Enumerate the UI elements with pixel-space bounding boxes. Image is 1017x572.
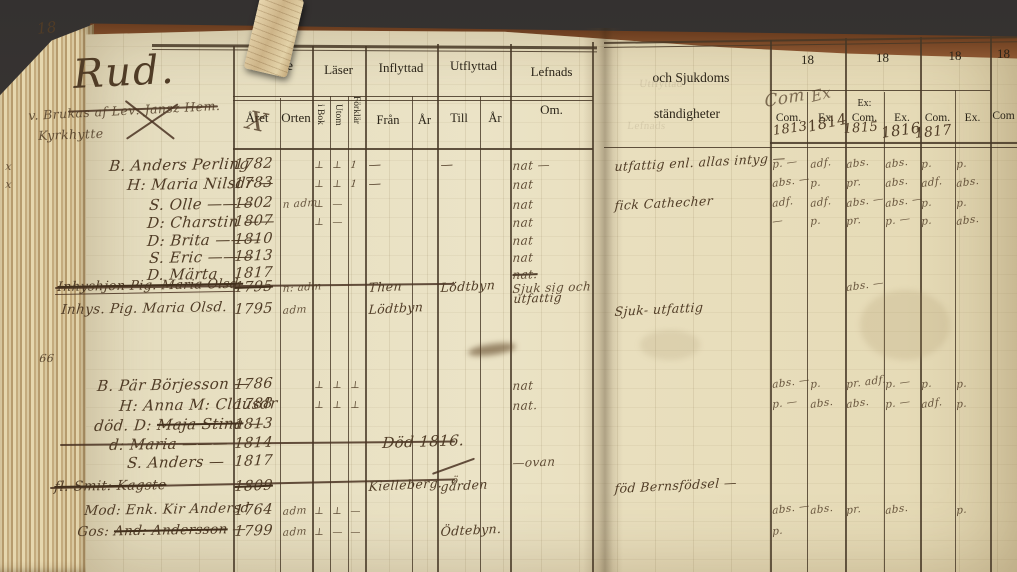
entry-birth-year: 1783 [234,175,274,192]
grid-line-vertical [510,44,512,572]
communion-mark: pr. [846,176,861,190]
entry-moved-from: Then [368,278,402,295]
column-header-utflyttad: Utflyttad [437,58,510,74]
grid-line-vertical [330,96,331,572]
entry-name: B. Pär Börjesson — [96,374,250,395]
entry-lefnads-note: —ovan [512,455,556,471]
laser-mark: — [332,217,344,228]
column-header-inflyttad: Inflyttad [365,60,437,76]
grid-line-vertical [312,46,314,572]
entry-lefnads-note: nat [512,233,534,248]
communion-mark: p. [956,377,967,391]
entry-name-part: Inhys. Pig. Maria Olsd. [61,299,228,318]
entry-birth-year: 1809 [234,478,274,495]
column-header-orten: Orten [280,110,312,126]
entry-moved-from: Lödtbyn [368,299,423,317]
entry-birth-year: 1810 [234,231,274,248]
entry-name-part-struck: And: Andersson [113,521,228,539]
communion-mark: pr. [846,214,861,228]
laser-mark: — [332,199,344,210]
annotation-line2: Kyrkhytte [38,126,104,143]
page-title: Rud. [72,47,176,98]
entry-lefnads-note: nat. [512,398,538,413]
entry-moved-to: Lödtbyn [440,277,495,295]
entry-name: Inhys. Pig. Maria Olsd. [61,299,228,318]
column-header-om: Om. [510,102,593,118]
laser-mark: — [350,527,362,538]
year-century-1: 18 [770,52,845,68]
laser-mark: ⊥ [350,380,361,391]
hw-year-1815: 1815 [843,120,879,137]
laser-mark: ⊥ [350,400,361,411]
year-century-4: 18 [990,46,1017,62]
page-stain [640,330,700,360]
entry-name: S. Anders — [126,452,225,472]
grid-line-vertical [348,96,349,572]
entry-lefnads-note: nat. [512,267,538,282]
year-century-2: 18 [845,50,920,66]
communion-mark: p. [921,157,932,171]
column-header-laser: Läser [312,62,365,78]
entry-name-part: Gos: [77,523,115,540]
entry-name: B. Anders Perling [108,155,250,175]
column-header-fran: Från [366,113,410,128]
entry-name-part: B. Pär Börjesson — [96,374,250,395]
laser-mark: ⊥ [332,160,343,171]
page-number: 18 [36,18,58,38]
subcol-label-ex-overprint: Ex: [845,98,884,109]
laser-mark: ⊥ [332,380,343,391]
communion-mark: p. [956,397,967,411]
grid-line-horizontal [770,142,1017,144]
laser-mark: ⊥ [314,199,325,210]
entry-birth-year: 1813 [234,248,274,265]
laser-mark: ⊥ [314,506,325,517]
entry-birth-year: 1799 [234,523,274,540]
column-header-och-sjukdoms: och Sjukdoms [612,70,770,86]
entry-lefnads-note: nat [512,215,534,230]
communion-mark: p. [810,176,821,190]
laser-mark: ⊥ [314,179,325,190]
subcol-label-com: Com [990,110,1017,122]
entry-name-part-struck: fl. Smit: Kagste [54,477,167,495]
entry-admission-note: adm [283,303,308,317]
scanned-ledger-page: 18 Rud. v. Brukas af Lev: Jansz Hem. Kyr… [0,0,1017,572]
grid-line-horizontal [604,147,1017,148]
laser-mark: ⊥ [332,506,343,517]
entry-lefnads-note: nat [512,197,534,212]
grid-line-vertical [480,96,481,572]
margin-x1: x [5,160,13,173]
dod-note: Död 1816. [382,431,465,452]
ghost-1: Utflyttad [639,78,684,90]
entry-admission-note: adm [283,525,308,539]
entry-birth-year: 1764 [234,502,274,519]
grid-line-vertical [280,98,281,572]
laser-mark: ⊥ [314,400,325,411]
communion-mark: p. [956,157,967,171]
entry-lefnads-note: nat [512,250,534,265]
laser-mark: ⊥ [314,160,325,171]
entry-birth-year: 1795 [234,301,274,318]
communion-mark: p. [810,377,821,391]
entry-moved-to: Ödtebyn. [440,521,502,539]
entry-name-part: Mod: Enk. Kir Andersd [84,500,251,519]
entry-lefnads-note: nat [512,378,534,393]
page-stain [860,290,950,360]
communion-mark: p. [956,503,967,517]
entry-admission-note: n adm [283,197,318,212]
entry-birth-year: 1802 [234,195,274,212]
entry-moved-to: — [440,156,454,172]
entry-name-part: S. Anders — [126,452,225,472]
grid-line-horizontal [233,148,593,150]
entry-birth-year: 1788 [234,396,274,413]
grid-line-vertical [412,96,413,572]
grid-line-vertical [592,42,594,572]
entry-name-part: död. D: [93,416,157,435]
laser-mark: ⊥ [332,400,343,411]
column-header-utom: Utom [333,104,343,164]
column-header-ar-ut: År [480,111,510,126]
entry-moved-from: — [368,175,382,191]
entry-birth-year: 1807 [234,213,274,230]
communion-mark: p. [772,524,783,538]
laser-mark: 1 [350,160,358,171]
margin-x2: x [5,178,13,191]
communion-mark: — [772,214,783,228]
entry-birth-year: 1795 [234,279,274,296]
entry-moved-from: — [368,156,382,172]
laser-mark: ⊥ [314,527,325,538]
margin-66: 66 [39,352,55,365]
entry-birth-year: 1814 [234,435,274,452]
entry-birth-year: 1813 [234,416,274,433]
column-header-i-bok: i Bok [315,104,325,164]
laser-mark: 1 [350,179,358,190]
laser-mark: ⊥ [332,179,343,190]
column-header-till: Till [438,111,480,126]
entry-birth-year: 1786 [234,376,274,393]
communion-mark: pr. [846,503,861,517]
entry-name-part-struck: Maja Stina [156,414,244,434]
laser-mark: ⊥ [314,380,325,391]
entry-name: Gos: And: Andersson — [77,521,247,540]
subcol-label-ex: Ex. [955,112,990,124]
laser-mark: — [350,506,362,517]
laser-mark: — [332,527,344,538]
entry-name-part: d: Maria ——— [108,434,229,454]
communion-mark: p. [810,214,821,228]
entry-name: fl. Smit: Kagste [54,477,167,495]
communion-mark: p. [956,196,967,210]
entry-admission-note: adm [283,504,308,518]
laser-mark: ⊥ [314,217,325,228]
entry-lefnads-note: nat [512,177,534,192]
entry-lefnads-note: nat — [512,158,550,173]
column-header-forklar: Förklär [351,96,361,162]
entry-name: Mod: Enk. Kir Andersd [84,500,251,519]
entry-birth-year: 1782 [234,156,274,173]
utfattig-line2: utfattig [513,290,562,306]
ghost-2: Lefnads [627,120,666,132]
column-header-lefnads: Lefnads [510,64,593,80]
entry-birth-year: 1817 [234,453,274,470]
entry-name-part: B. Anders Perling [108,155,250,175]
year-century-3: 18 [920,48,990,64]
communion-mark: p. [921,214,932,228]
entry-moved-to: gården [440,477,488,495]
column-header-ar-in: År [412,113,437,128]
communion-mark: p. [921,196,932,210]
entry-name: d: Maria ——— [108,434,229,454]
grid-line-horizontal [233,96,593,97]
communion-mark: p. [921,377,932,391]
grid-line-horizontal [233,100,593,101]
garden-o: ö [451,474,459,487]
